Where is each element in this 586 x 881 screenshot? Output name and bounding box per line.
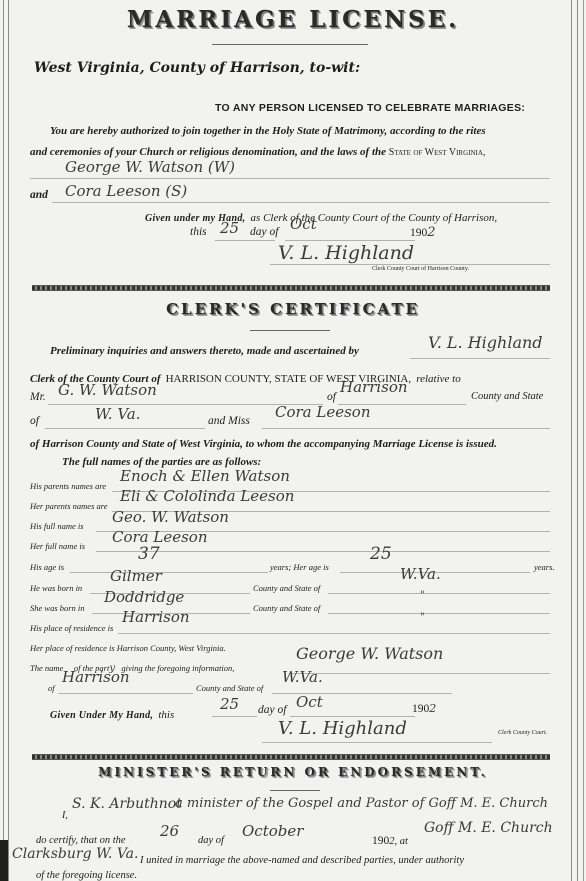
clerk-signature: V. L. Highland xyxy=(278,242,414,264)
his-parents-value: Enoch & Ellen Watson xyxy=(120,467,290,485)
year-suffix: 2 xyxy=(427,225,435,240)
he-born-state: W.Va. xyxy=(400,565,441,583)
of-label-2: of xyxy=(30,415,39,427)
his-residence-label: His place of residence is xyxy=(30,623,113,633)
she-county-state-label: County and State of xyxy=(253,603,320,613)
month-line xyxy=(285,240,415,241)
his-age-label: His age is xyxy=(30,562,64,572)
foregoing-text: of the foregoing license. xyxy=(36,870,137,881)
day-of-label: day of xyxy=(250,226,278,238)
of-label: of xyxy=(327,391,336,403)
cert-year: 1902 xyxy=(412,702,436,715)
license-title: MARRIAGE LICENSE. xyxy=(0,6,586,33)
informant-of-label: of xyxy=(48,683,55,693)
cert-year-prefix: 190 xyxy=(412,703,429,715)
authorization-line-2: and ceremonies of your Church or religio… xyxy=(30,146,485,158)
miss-name: Cora Leeson xyxy=(275,403,371,421)
cert-month-line xyxy=(290,716,415,717)
her-parents-value: Eli & Cololinda Leeson xyxy=(120,487,294,505)
certificate-title: CLERK'S CERTIFICATE xyxy=(0,300,586,318)
authorization-text: and ceremonies of your Church or religio… xyxy=(30,146,386,158)
left-border-rule xyxy=(3,0,9,881)
informant-name-line xyxy=(290,673,550,674)
chain-divider-2 xyxy=(32,754,550,760)
his-residence-state: " xyxy=(420,612,425,623)
his-full-name-label: His full name is xyxy=(30,521,84,531)
bride-name: Cora Leeson (S) xyxy=(65,182,187,200)
her-parents-label: Her parents names are xyxy=(30,501,108,511)
mr-county: Harrison xyxy=(340,378,408,396)
his-age-line xyxy=(70,572,268,573)
prelim-line xyxy=(410,358,550,359)
given-text: as Clerk of the County Court of the Coun… xyxy=(251,212,498,224)
cert-day: 25 xyxy=(220,695,239,713)
title-divider xyxy=(212,44,368,45)
and-miss-label: and Miss xyxy=(208,415,250,427)
addressee-heading: TO ANY PERSON LICENSED TO CELEBRATE MARR… xyxy=(215,102,525,114)
cert-given-line: Given Under My Hand, this xyxy=(50,703,174,722)
he-state-line xyxy=(328,593,550,594)
minister-title: MINISTER'S RETURN OR ENDORSEMENT. xyxy=(0,765,586,779)
state-name: State of West Virginia, xyxy=(389,147,486,158)
jurisdiction-heading: West Virginia, County of Harrison, to-wi… xyxy=(34,60,360,76)
minister-i-label: I, xyxy=(62,810,68,821)
license-day: 25 xyxy=(220,219,239,237)
prelim-text: Preliminary inquiries and answers theret… xyxy=(50,345,359,357)
informant-county-state-label: County and State of xyxy=(196,683,263,693)
minister-description: a minister of the Gospel and Pastor of G… xyxy=(175,796,548,811)
informant-label-c: giving the foregoing information, xyxy=(121,663,234,673)
of-harrison-text: of Harrison County and State of West Vir… xyxy=(30,438,497,450)
minister-year-suffix: 2, at xyxy=(389,836,408,847)
license-month: Oct xyxy=(290,215,317,233)
his-full-name-value: Geo. W. Watson xyxy=(112,508,229,526)
groom-name: George W. Watson (W) xyxy=(65,158,235,176)
clerk-caption: Clerk County Court of Harrison County. xyxy=(372,266,469,272)
relative-to-text: relative to xyxy=(416,373,461,385)
her-age-value: 25 xyxy=(370,544,392,564)
prelim-by: V. L. Highland xyxy=(428,333,543,352)
minister-month: October xyxy=(242,822,303,840)
cert-clerk-caption: Clerk County Court. xyxy=(498,730,547,736)
minister-day-of-label: day of xyxy=(198,835,224,846)
his-age-value: 37 xyxy=(138,544,160,564)
her-full-name-line xyxy=(96,551,550,552)
her-full-name-label: Her full name is xyxy=(30,541,85,551)
minister-year: 1902, at xyxy=(372,835,408,847)
county-state-label: County and State xyxy=(471,391,543,402)
state-line xyxy=(45,428,205,429)
she-born-value: Doddridge xyxy=(104,588,184,606)
informant-state: W.Va. xyxy=(282,668,323,686)
minister-divider xyxy=(270,790,320,791)
mr-state: W. Va. xyxy=(95,405,141,423)
groom-line xyxy=(30,178,550,179)
miss-line xyxy=(262,428,550,429)
minister-day: 26 xyxy=(160,822,179,840)
cert-clerk-signature: V. L. Highland xyxy=(278,718,407,739)
authorization-line-1: You are hereby authorized to join togeth… xyxy=(50,125,486,137)
united-text: I united in marriage the above-named and… xyxy=(140,855,464,866)
cert-signature-line xyxy=(262,742,492,743)
right-border-rule xyxy=(571,0,578,881)
and-label: and xyxy=(30,189,48,201)
informant-label-a: The name xyxy=(30,663,63,673)
chain-divider-1 xyxy=(32,285,550,291)
certificate-divider xyxy=(250,330,330,331)
mr-name: G. W. Watson xyxy=(58,381,157,399)
this-label: this xyxy=(190,226,207,238)
his-parents-label: His parents names are xyxy=(30,481,106,491)
years-label: years. xyxy=(534,562,555,572)
he-county-state-label: County and State of xyxy=(253,583,320,593)
she-born-state: " xyxy=(420,590,425,601)
given-under-hand-line: Given under my Hand, as Clerk of the Cou… xyxy=(145,206,497,225)
cert-this-label: this xyxy=(158,709,174,721)
ceremony-place: Goff M. E. Church xyxy=(424,820,553,836)
informant-line: The name of the party giving the foregoi… xyxy=(30,663,234,674)
right-edge-rule xyxy=(583,0,584,881)
his-residence-line xyxy=(118,633,550,634)
scan-edge-shadow xyxy=(0,840,8,881)
signature-line xyxy=(270,264,550,265)
she-state-line xyxy=(328,613,550,614)
mr-label: Mr. xyxy=(30,391,46,403)
informant-county: Harrison xyxy=(62,668,130,686)
bride-line xyxy=(52,202,550,203)
her-residence-text: Her place of residence is Harrison Count… xyxy=(30,643,226,653)
cert-year-suffix: 2 xyxy=(429,702,436,715)
marriage-license-document: MARRIAGE LICENSE. West Virginia, County … xyxy=(0,0,586,881)
license-year: 1902 xyxy=(410,225,436,240)
minister-name: S. K. Arbuthnot xyxy=(72,796,182,812)
day-line xyxy=(215,240,275,241)
year-prefix: 190 xyxy=(410,227,427,239)
cert-day-of-label: day of xyxy=(258,704,286,716)
she-born-label: She was born in xyxy=(30,603,85,613)
cert-day-line xyxy=(212,716,257,717)
cert-given-label: Given Under My Hand, xyxy=(50,710,153,721)
informant-county-line xyxy=(58,693,193,694)
informant-name: George W. Watson xyxy=(296,644,443,663)
he-born-value: Gilmer xyxy=(110,567,162,585)
her-age-label: years; Her age is xyxy=(270,562,329,572)
cert-month: Oct xyxy=(296,693,323,711)
his-residence-value: Harrison xyxy=(122,608,190,626)
he-born-label: He was born in xyxy=(30,583,82,593)
minister-year-prefix: 190 xyxy=(372,835,389,847)
certify-label: do certify, that on the xyxy=(36,835,126,846)
ceremony-city: Clarksburg W. Va. xyxy=(12,846,138,862)
